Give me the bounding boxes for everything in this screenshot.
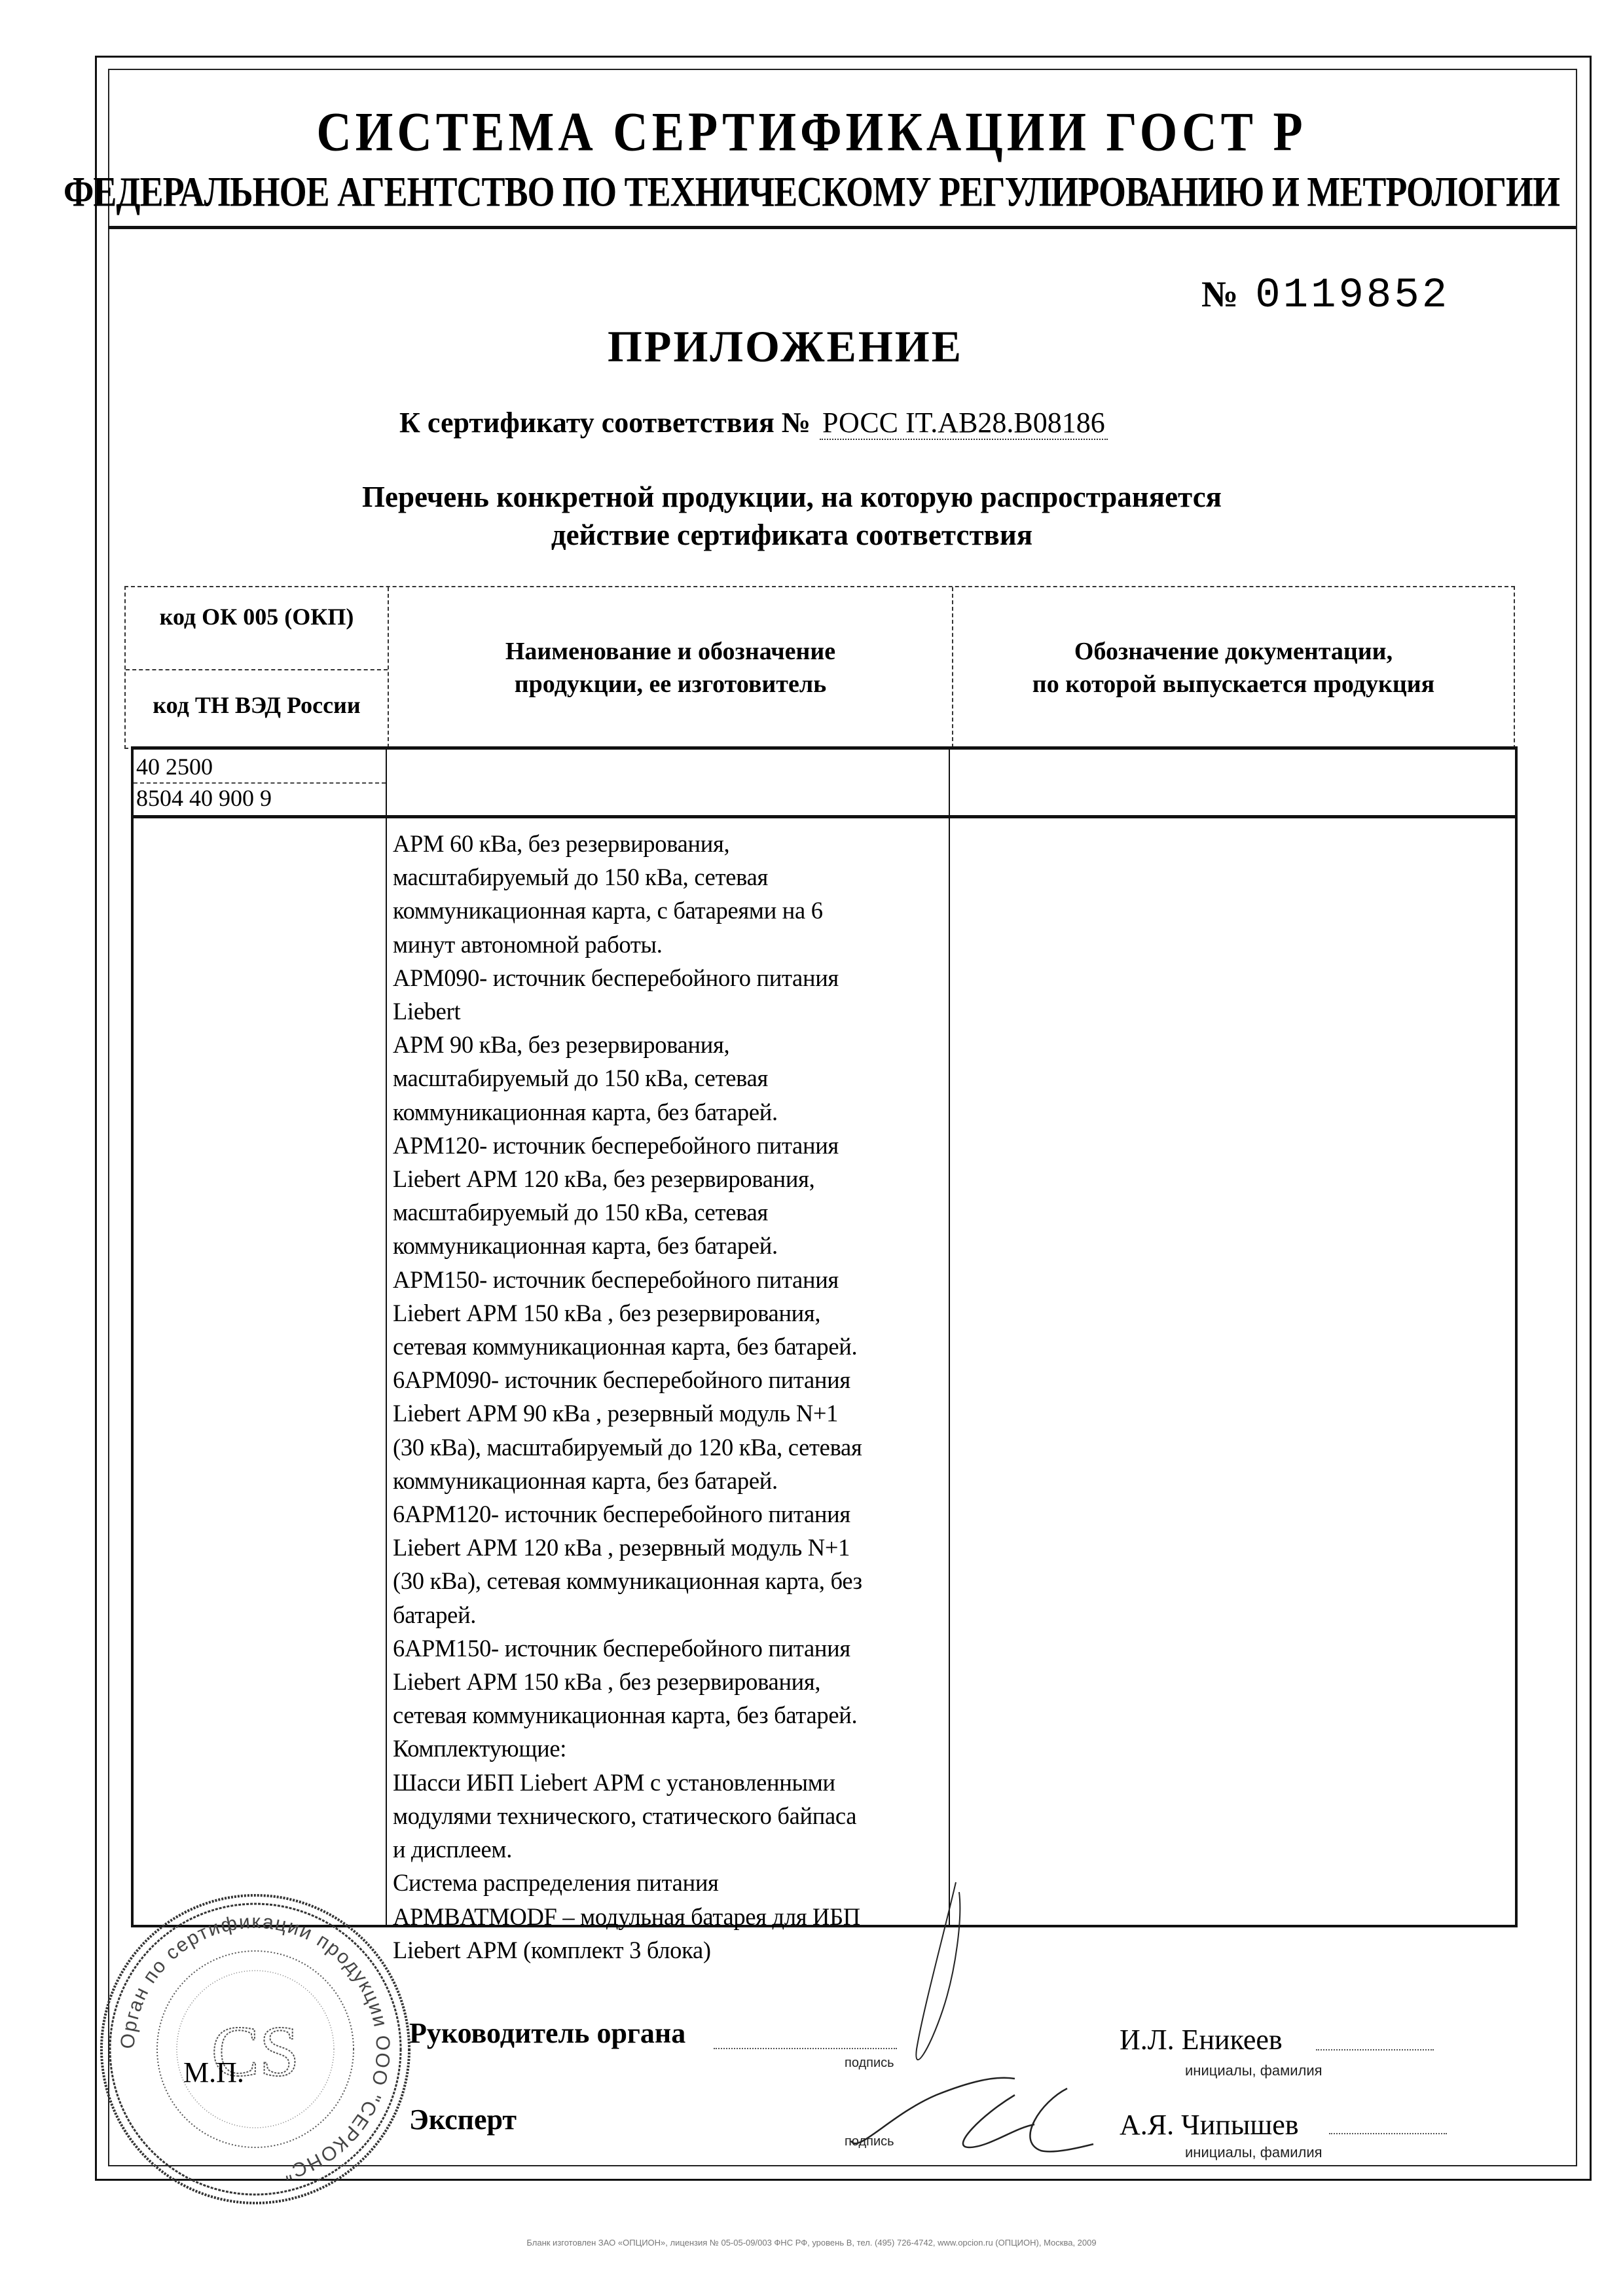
blank-number-value: 0119852	[1255, 272, 1450, 319]
certificate-reference: К сертификату соответствия №РОСС IT.АВ28…	[399, 406, 1108, 439]
product-description: АРМ 60 кВа, без резервирования, масштаби…	[393, 827, 943, 1967]
signature-caption-head: подпись	[845, 2056, 894, 2071]
blank-number: №0119852	[1201, 268, 1450, 319]
name-line-expert	[1329, 2133, 1447, 2134]
printer-imprint: Бланк изготовлен ЗАО «ОПЦИОН», лицензия …	[0, 2238, 1623, 2248]
name-caption-expert: инициалы, фамилия	[1185, 2144, 1322, 2161]
column-divider	[386, 750, 387, 1925]
row-divider	[134, 815, 1515, 818]
seal-stamp-icon: Орган по сертификации продукции ООО "СЕР…	[92, 1886, 419, 2213]
name-caption-head: инициалы, фамилия	[1185, 2062, 1322, 2079]
okp-code-value: 40 2500	[136, 752, 213, 781]
number-sign: №	[1201, 274, 1238, 315]
certificate-label: К сертификату соответствия №	[399, 407, 811, 439]
head-of-body-label: Руководитель органа	[409, 2016, 685, 2050]
signature-caption-expert: подпись	[845, 2134, 894, 2149]
certificate-number: РОСС IT.АВ28.В08186	[820, 407, 1108, 440]
header-documentation: Обозначение документации, по которой вып…	[953, 587, 1514, 748]
scope-text: Перечень конкретной продукции, на котору…	[362, 481, 1222, 551]
scope-heading: Перечень конкретной продукции, на котору…	[0, 478, 1623, 554]
handwritten-signature-icon	[818, 1879, 1113, 2154]
agency-name: ФЕДЕРАЛЬНОЕ АГЕНТСТВО ПО ТЕХНИЧЕСКОМУ РЕ…	[0, 168, 1623, 216]
stamp-place-label: М.П.	[183, 2056, 244, 2089]
tnved-code-value: 8504 40 900 9	[136, 784, 272, 812]
appendix-title: ПРИЛОЖЕНИЕ	[0, 321, 1623, 373]
header-code-column: код ОК 005 (ОКП) код ТН ВЭД России	[126, 587, 389, 748]
name-line-head	[1316, 2049, 1434, 2050]
signature-line-head	[714, 2048, 897, 2049]
header-okp-code: код ОК 005 (ОКП)	[126, 587, 388, 670]
product-table: 40 2500 8504 40 900 9 АРМ 60 кВа, без ре…	[131, 746, 1518, 1927]
column-divider	[949, 750, 950, 1925]
table-header: код ОК 005 (ОКП) код ТН ВЭД России Наиме…	[124, 586, 1515, 749]
expert-name: А.Я. Чипышев	[1120, 2108, 1299, 2141]
header-product-name: Наименование и обозначение продукции, ее…	[389, 587, 953, 748]
header-divider	[108, 226, 1576, 229]
expert-label: Эксперт	[409, 2103, 517, 2136]
header-tnved-code: код ТН ВЭД России	[126, 672, 388, 738]
head-name: И.Л. Еникеев	[1120, 2023, 1283, 2056]
certification-system-title: СИСТЕМА СЕРТИФИКАЦИИ ГОСТ Р	[0, 101, 1623, 165]
